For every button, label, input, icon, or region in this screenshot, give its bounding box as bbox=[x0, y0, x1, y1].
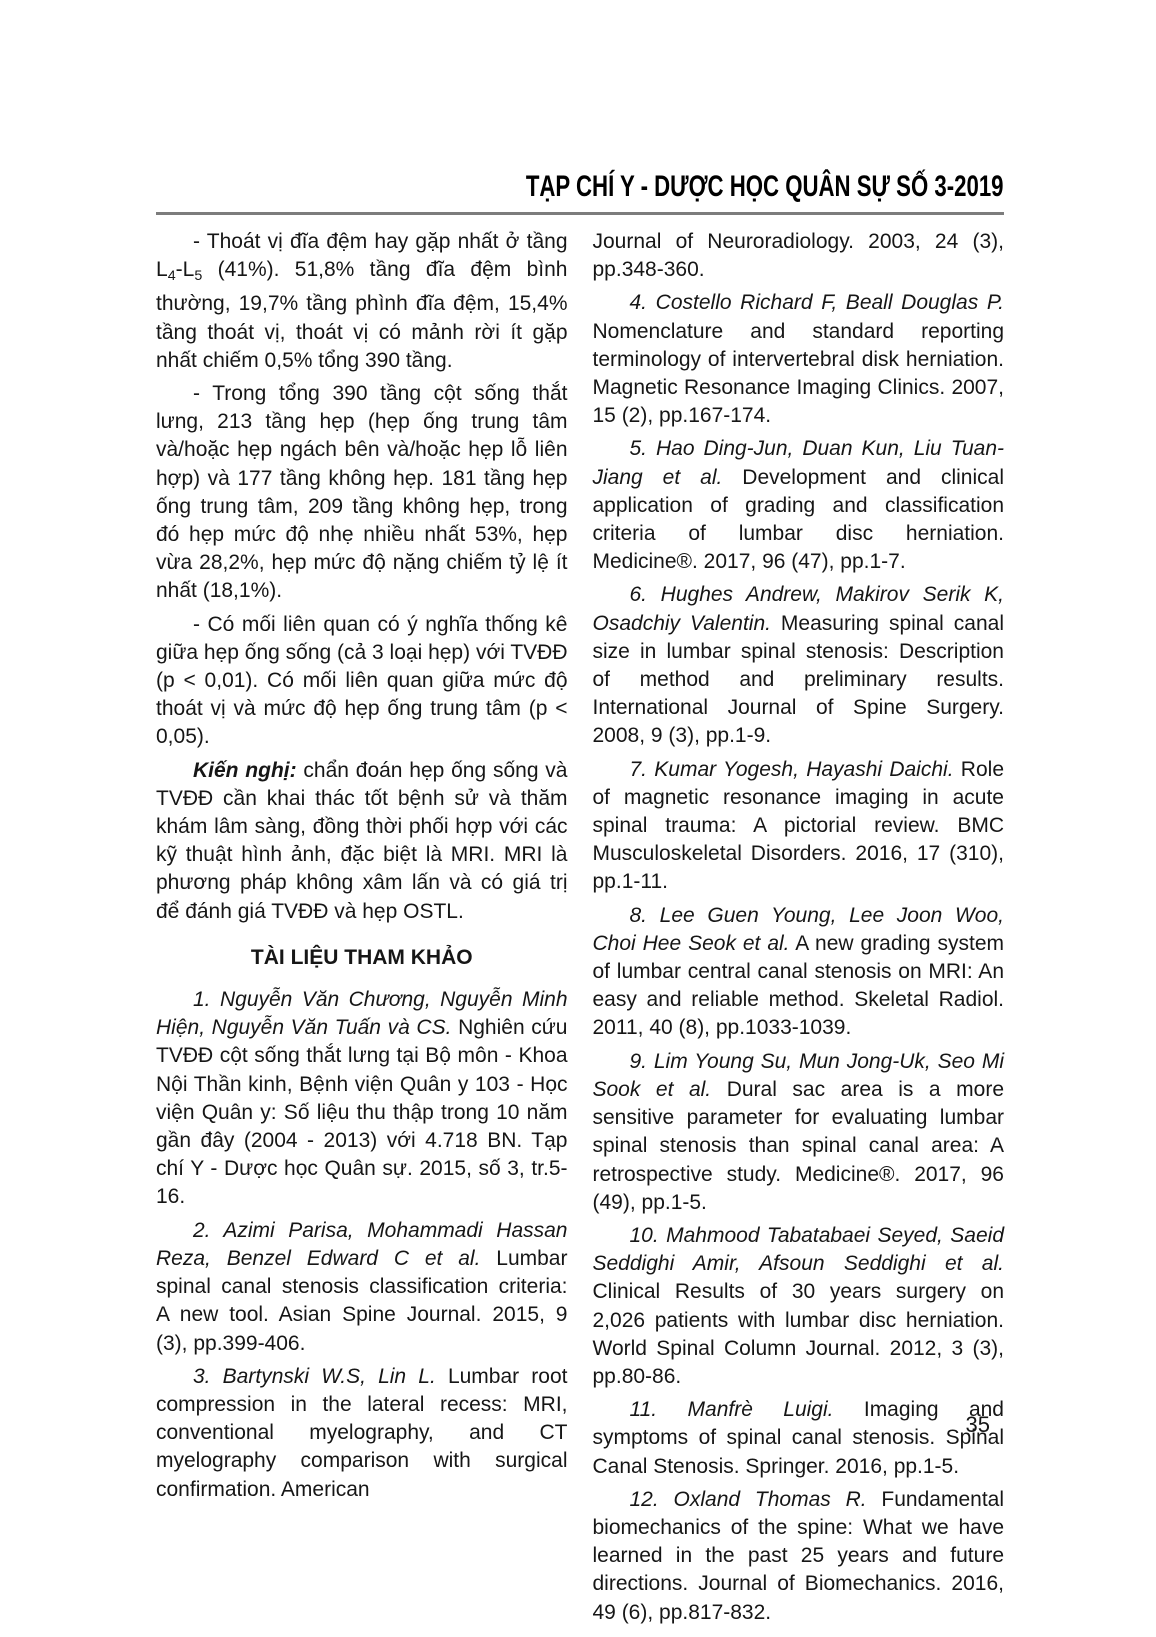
two-column-body: - Thoát vị đĩa đệm hay gặp nhất ở tầng L… bbox=[156, 228, 1004, 1632]
text-run: Kiến nghị: bbox=[193, 759, 297, 782]
right-column: Journal of Neuroradiology. 2003, 24 (3),… bbox=[593, 228, 1005, 1632]
text-run: 4 bbox=[168, 268, 176, 284]
left-column: - Thoát vị đĩa đệm hay gặp nhất ở tầng L… bbox=[156, 228, 568, 1632]
text-run: 11. Manfrè Luigi. bbox=[630, 1398, 834, 1421]
reference-item: 12. Oxland Thomas R. Fundamental biomech… bbox=[593, 1486, 1005, 1627]
text-run: 12. Oxland Thomas R. bbox=[630, 1488, 867, 1511]
paragraph: - Trong tổng 390 tầng cột sống thắt lưng… bbox=[156, 380, 568, 606]
text-run: 7. Kumar Yogesh, Hayashi Daichi. bbox=[630, 758, 954, 781]
text-run: Journal of Neuroradiology. 2003, 24 (3),… bbox=[593, 230, 1005, 281]
text-run: chẩn đoán hẹp ống sống và TVĐĐ cần khai … bbox=[156, 759, 568, 923]
reference-item: 7. Kumar Yogesh, Hayashi Daichi. Role of… bbox=[593, 756, 1005, 897]
reference-item: 2. Azimi Parisa, Mohammadi Hassan Reza, … bbox=[156, 1217, 568, 1358]
page-header: TẠP CHÍ Y - DƯỢC HỌC QUÂN SỰ SỐ 3-2019 bbox=[156, 170, 1004, 208]
text-run: 3. Bartynski W.S, Lin L. bbox=[193, 1365, 436, 1388]
reference-item: 5. Hao Ding-Jun, Duan Kun, Liu Tuan-Jian… bbox=[593, 435, 1005, 576]
text-run: 4. Costello Richard F, Beall Douglas P. bbox=[630, 291, 1005, 314]
text-run: Nomenclature and standard reporting term… bbox=[593, 320, 1005, 428]
header-rule bbox=[156, 212, 1004, 215]
text-run: - Trong tổng 390 tầng cột sống thắt lưng… bbox=[156, 382, 568, 602]
text-run: 10. Mahmood Tabatabaei Seyed, Saeid Sedd… bbox=[593, 1224, 1005, 1275]
text-run: Nghiên cứu TVĐĐ cột sống thắt lưng tại B… bbox=[156, 1016, 568, 1208]
paragraph: - Thoát vị đĩa đệm hay gặp nhất ở tầng L… bbox=[156, 228, 568, 375]
reference-item: 11. Manfrè Luigi. Imaging and symptoms o… bbox=[593, 1396, 1005, 1481]
section-heading: TÀI LIỆU THAM KHẢO bbox=[156, 944, 568, 972]
text-run: TÀI LIỆU THAM KHẢO bbox=[251, 946, 473, 969]
journal-page: TẠP CHÍ Y - DƯỢC HỌC QUÂN SỰ SỐ 3-2019 -… bbox=[0, 0, 1156, 1637]
text-run: (41%). 51,8% tầng đĩa đệm bình thường, 1… bbox=[156, 258, 568, 372]
page-content: TẠP CHÍ Y - DƯỢC HỌC QUÂN SỰ SỐ 3-2019 -… bbox=[156, 170, 1004, 1632]
reference-item: 6. Hughes Andrew, Makirov Serik K, Osadc… bbox=[593, 581, 1005, 750]
paragraph: Kiến nghị: chẩn đoán hẹp ống sống và TVĐ… bbox=[156, 757, 568, 926]
reference-item: 10. Mahmood Tabatabaei Seyed, Saeid Sedd… bbox=[593, 1222, 1005, 1391]
text-run: -L bbox=[176, 258, 195, 281]
reference-item: 3. Bartynski W.S, Lin L. Lumbar root com… bbox=[156, 1363, 568, 1504]
reference-continuation: Journal of Neuroradiology. 2003, 24 (3),… bbox=[593, 228, 1005, 284]
reference-item: 9. Lim Young Su, Mun Jong-Uk, Seo Mi Soo… bbox=[593, 1048, 1005, 1217]
text-run: - Có mối liên quan có ý nghĩa thống kê g… bbox=[156, 613, 568, 749]
text-run: Clinical Results of 30 years surgery on … bbox=[593, 1280, 1005, 1388]
reference-item: 1. Nguyễn Văn Chương, Nguyễn Minh Hiện, … bbox=[156, 986, 568, 1212]
page-number: 35 bbox=[966, 1412, 990, 1438]
reference-item: 8. Lee Guen Young, Lee Joon Woo, Choi He… bbox=[593, 902, 1005, 1043]
reference-item: 4. Costello Richard F, Beall Douglas P. … bbox=[593, 289, 1005, 430]
journal-title: TẠP CHÍ Y - DƯỢC HỌC QUÂN SỰ SỐ 3-2019 bbox=[526, 170, 1004, 204]
paragraph: - Có mối liên quan có ý nghĩa thống kê g… bbox=[156, 611, 568, 752]
